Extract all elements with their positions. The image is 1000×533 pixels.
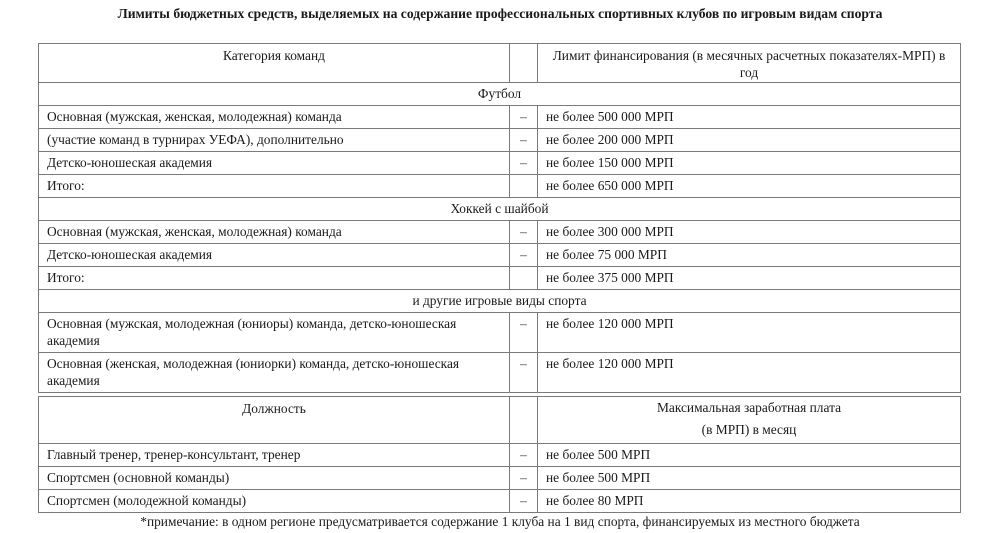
row-label: (участие команд в турнирах УЕФА), дополн… [39,129,510,152]
row-dash: – [510,244,538,267]
header-limit: Лимит финансирования (в месячных расчетн… [538,44,961,83]
row-label: Спортсмен (молодежной команды) [39,490,510,513]
row-label: Основная (мужская, молодежная (юниоры) к… [39,313,510,353]
header-salary: Максимальная заработная плата (в МРП) в … [538,397,961,444]
row-value: не более 500 МРП [538,444,961,467]
table-row: Итого:не более 375 000 МРП [39,267,961,290]
section-title: Хоккей с шайбой [39,198,961,221]
table-row: Спортсмен (основной команды)–не более 50… [39,467,961,490]
row-label: Детско-юношеская академия [39,152,510,175]
row-dash [510,267,538,290]
header-spacer [510,397,538,444]
row-dash: – [510,106,538,129]
table-row: Основная (мужская, женская, молодежная) … [39,106,961,129]
row-dash: – [510,129,538,152]
table-header-row: Категория команд Лимит финансирования (в… [39,44,961,83]
table-row: Главный тренер, тренер-консультант, трен… [39,444,961,467]
row-dash: – [510,353,538,393]
row-dash: – [510,221,538,244]
table-row: (участие команд в турнирах УЕФА), дополн… [39,129,961,152]
section-title: и другие игровые виды спорта [39,290,961,313]
row-dash: – [510,490,538,513]
row-value: не более 120 000 МРП [538,353,961,393]
row-dash: – [510,152,538,175]
row-label: Детско-юношеская академия [39,244,510,267]
row-dash [510,175,538,198]
table-row: Детско-юношеская академия–не более 75 00… [39,244,961,267]
table-row: Основная (мужская, женская, молодежная) … [39,221,961,244]
table-row: Основная (мужская, молодежная (юниоры) к… [39,313,961,353]
header-salary-line1: Максимальная заработная плата [546,397,952,419]
row-value: не более 375 000 МРП [538,267,961,290]
row-dash: – [510,444,538,467]
row-label: Основная (мужская, женская, молодежная) … [39,106,510,129]
header-salary-line2: (в МРП) в месяц [546,419,952,441]
row-label: Спортсмен (основной команды) [39,467,510,490]
row-value: не более 500 МРП [538,467,961,490]
row-label: Основная (женская, молодежная (юниорки) … [39,353,510,393]
section-row: Хоккей с шайбой [39,198,961,221]
table-row: Основная (женская, молодежная (юниорки) … [39,353,961,393]
salary-limits-table: Должность Максимальная заработная плата … [38,396,961,513]
row-label: Главный тренер, тренер-консультант, трен… [39,444,510,467]
document-title: Лимиты бюджетных средств, выделяемых на … [0,6,1000,22]
table-row: Итого:не более 650 000 МРП [39,175,961,198]
table-header-row: Должность Максимальная заработная плата … [39,397,961,444]
row-value: не более 200 000 МРП [538,129,961,152]
row-dash: – [510,313,538,353]
section-row: Футбол [39,83,961,106]
section-title: Футбол [39,83,961,106]
header-spacer [510,44,538,83]
footnote: *примечание: в одном регионе предусматри… [0,514,1000,530]
row-dash: – [510,467,538,490]
row-value: не более 75 000 МРП [538,244,961,267]
row-value: не более 80 МРП [538,490,961,513]
table-row: Спортсмен (молодежной команды)–не более … [39,490,961,513]
section-row: и другие игровые виды спорта [39,290,961,313]
header-position: Должность [39,397,510,444]
row-label: Основная (мужская, женская, молодежная) … [39,221,510,244]
funding-limits-table: Категория команд Лимит финансирования (в… [38,43,961,393]
row-value: не более 650 000 МРП [538,175,961,198]
row-value: не более 500 000 МРП [538,106,961,129]
row-label: Итого: [39,175,510,198]
row-value: не более 150 000 МРП [538,152,961,175]
table-row: Детско-юношеская академия–не более 150 0… [39,152,961,175]
header-category: Категория команд [39,44,510,83]
row-value: не более 120 000 МРП [538,313,961,353]
row-value: не более 300 000 МРП [538,221,961,244]
row-label: Итого: [39,267,510,290]
